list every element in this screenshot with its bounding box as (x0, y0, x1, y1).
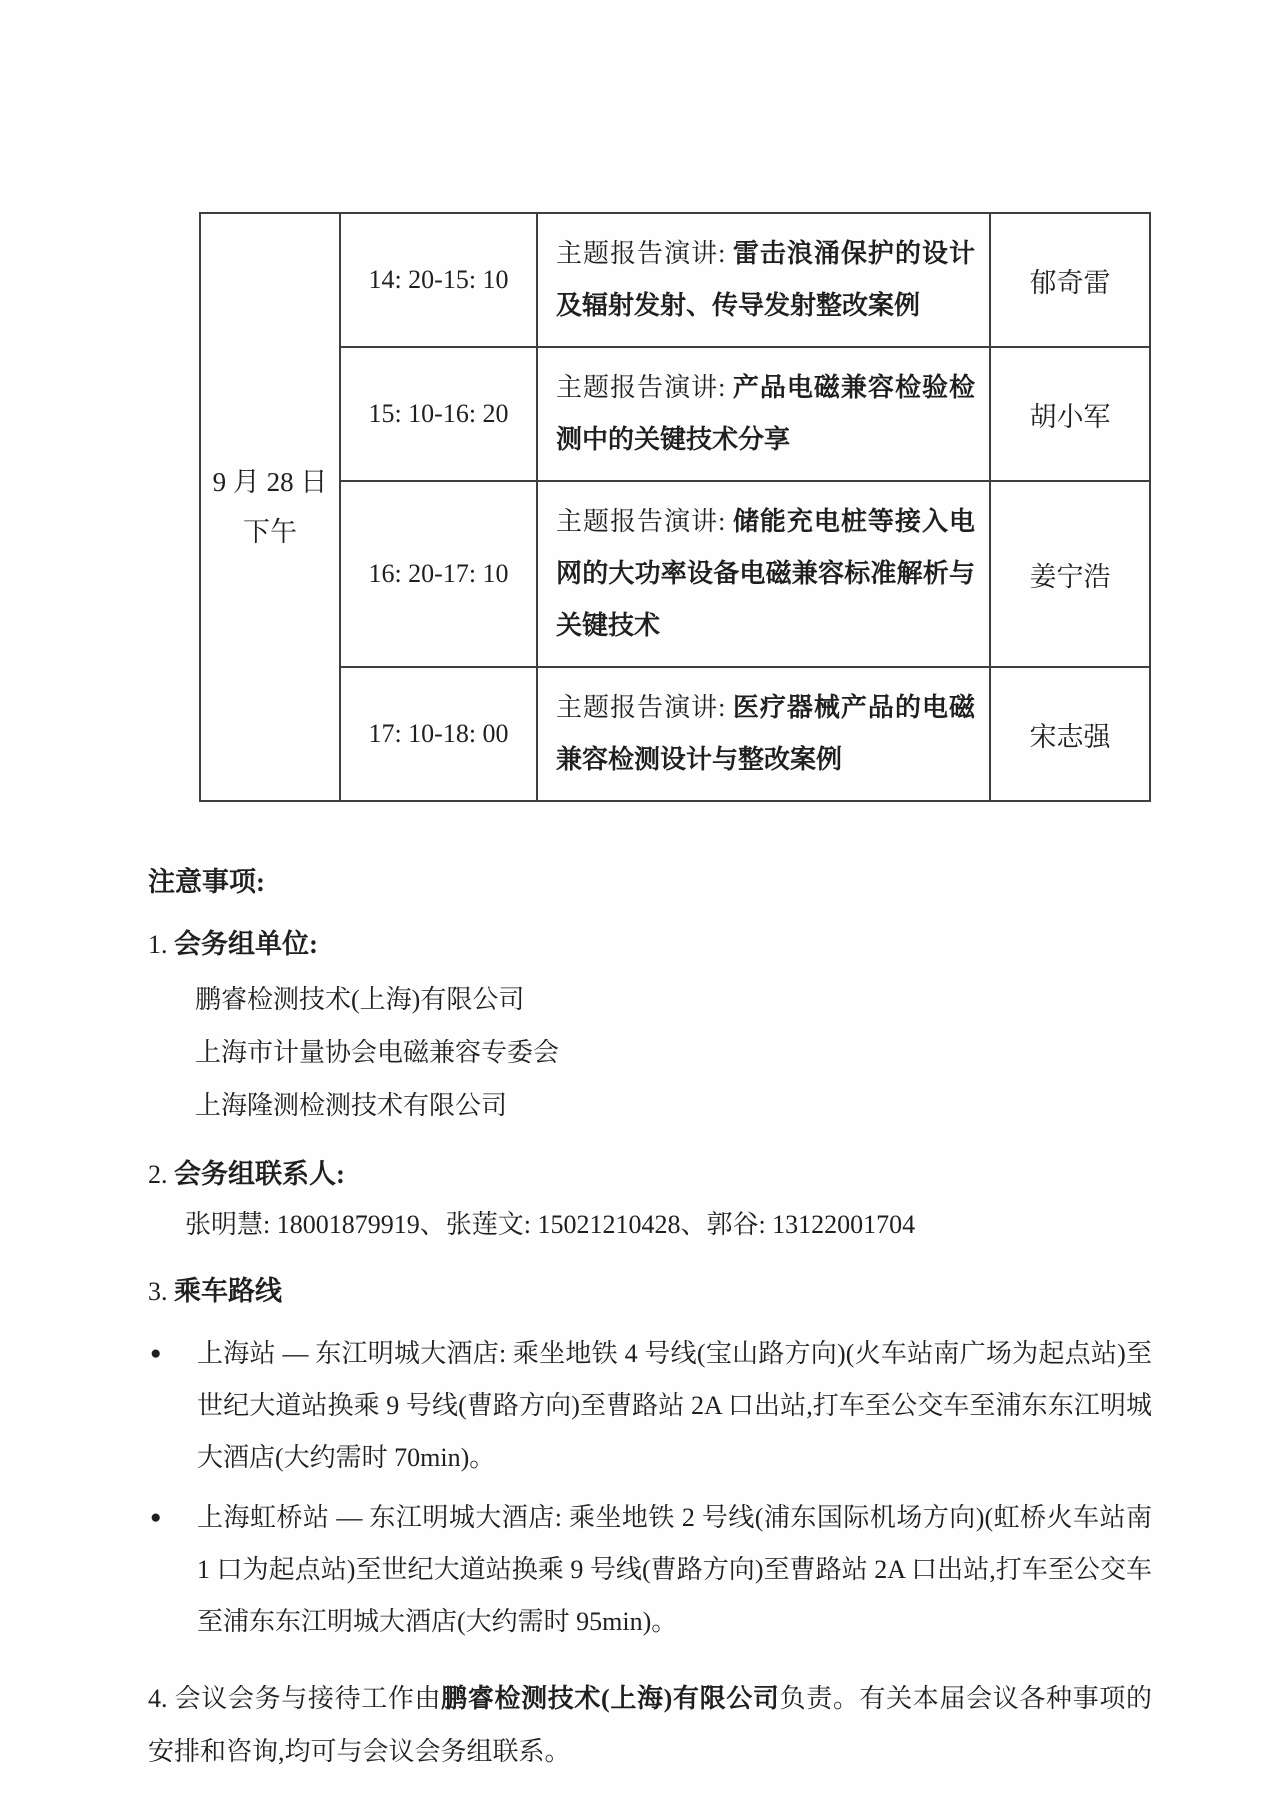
closing-prefix: 会议会务与接待工作由 (175, 1684, 442, 1713)
route-text: 上海站 — 东江明城大酒店: 乘坐地铁 4 号线(宝山路方向)(火车站南广场为起… (197, 1328, 1152, 1484)
document-page: 9 月 28 日 下午 14: 20-15: 10 主题报告演讲: 雷击浪涌保护… (0, 0, 1280, 1810)
speaker-cell: 宋志强 (990, 667, 1150, 801)
organizer-list: 鹏睿检测技术(上海)有限公司 上海市计量协会电磁兼容专委会 上海隆测检测技术有限… (195, 973, 1152, 1132)
list-item: ● 上海站 — 东江明城大酒店: 乘坐地铁 4 号线(宝山路方向)(火车站南广场… (148, 1328, 1152, 1484)
item-label: 会务组联系人: (174, 1159, 345, 1189)
speaker-cell: 胡小军 (990, 347, 1150, 481)
topic-cell: 主题报告演讲: 雷击浪涌保护的设计及辐射发射、传导发射整改案例 (537, 213, 990, 347)
contacts-line: 张明慧: 18001879919、张莲文: 15021210428、郭谷: 13… (185, 1201, 1152, 1249)
topic-prefix: 主题报告演讲: (556, 373, 733, 402)
date-label: 9 月 28 日 (202, 457, 338, 507)
table-row: 17: 10-18: 00 主题报告演讲: 医疗器械产品的电磁兼容检测设计与整改… (200, 667, 1150, 801)
item-number: 3. (148, 1277, 168, 1306)
date-cell: 9 月 28 日 下午 (200, 213, 340, 801)
time-cell: 17: 10-18: 00 (340, 667, 537, 801)
topic-cell: 主题报告演讲: 储能充电桩等接入电网的大功率设备电磁兼容标准解析与关键技术 (537, 481, 990, 667)
note-item-3-heading: 3. 乘车路线 (148, 1269, 1152, 1314)
note-item-1-heading: 1. 会务组单位: (148, 922, 1152, 967)
organizer-name-bold: 鹏睿检测技术(上海)有限公司 (441, 1684, 779, 1713)
speaker-cell: 郁奇雷 (990, 213, 1150, 347)
notes-section: 注意事项: 1. 会务组单位: 鹏睿检测技术(上海)有限公司 上海市计量协会电磁… (148, 862, 1152, 1778)
schedule-table: 9 月 28 日 下午 14: 20-15: 10 主题报告演讲: 雷击浪涌保护… (199, 212, 1151, 802)
item-label: 会务组单位: (174, 929, 318, 959)
period-label: 下午 (202, 507, 338, 557)
topic-cell: 主题报告演讲: 医疗器械产品的电磁兼容检测设计与整改案例 (537, 667, 990, 801)
bullet-icon: ● (148, 1492, 197, 1544)
note-item-2-heading: 2. 会务组联系人: (148, 1152, 1152, 1197)
topic-prefix: 主题报告演讲: (556, 239, 733, 268)
time-cell: 14: 20-15: 10 (340, 213, 537, 347)
topic-prefix: 主题报告演讲: (556, 693, 733, 722)
list-item: 上海市计量协会电磁兼容专委会 (195, 1026, 1152, 1079)
item-number: 2. (148, 1160, 168, 1189)
route-list: ● 上海站 — 东江明城大酒店: 乘坐地铁 4 号线(宝山路方向)(火车站南广场… (148, 1328, 1152, 1648)
list-item: 上海隆测检测技术有限公司 (195, 1079, 1152, 1132)
table-row: 16: 20-17: 10 主题报告演讲: 储能充电桩等接入电网的大功率设备电磁… (200, 481, 1150, 667)
list-item: ● 上海虹桥站 — 东江明城大酒店: 乘坐地铁 2 号线(浦东国际机场方向)(虹… (148, 1492, 1152, 1648)
topic-cell: 主题报告演讲: 产品电磁兼容检验检测中的关键技术分享 (537, 347, 990, 481)
time-cell: 15: 10-16: 20 (340, 347, 537, 481)
item-number: 1. (148, 930, 168, 959)
list-item: 鹏睿检测技术(上海)有限公司 (195, 973, 1152, 1026)
item-number: 4. (148, 1684, 168, 1713)
table-row: 15: 10-16: 20 主题报告演讲: 产品电磁兼容检验检测中的关键技术分享… (200, 347, 1150, 481)
closing-paragraph: 4. 会议会务与接待工作由鹏睿检测技术(上海)有限公司负责。有关本届会议各种事项… (148, 1672, 1152, 1778)
bullet-icon: ● (148, 1328, 197, 1380)
item-label: 乘车路线 (174, 1276, 282, 1306)
time-cell: 16: 20-17: 10 (340, 481, 537, 667)
topic-prefix: 主题报告演讲: (556, 507, 733, 536)
table-row: 9 月 28 日 下午 14: 20-15: 10 主题报告演讲: 雷击浪涌保护… (200, 213, 1150, 347)
notes-title: 注意事项: (148, 862, 1152, 902)
speaker-cell: 姜宁浩 (990, 481, 1150, 667)
route-text: 上海虹桥站 — 东江明城大酒店: 乘坐地铁 2 号线(浦东国际机场方向)(虹桥火… (197, 1492, 1152, 1648)
